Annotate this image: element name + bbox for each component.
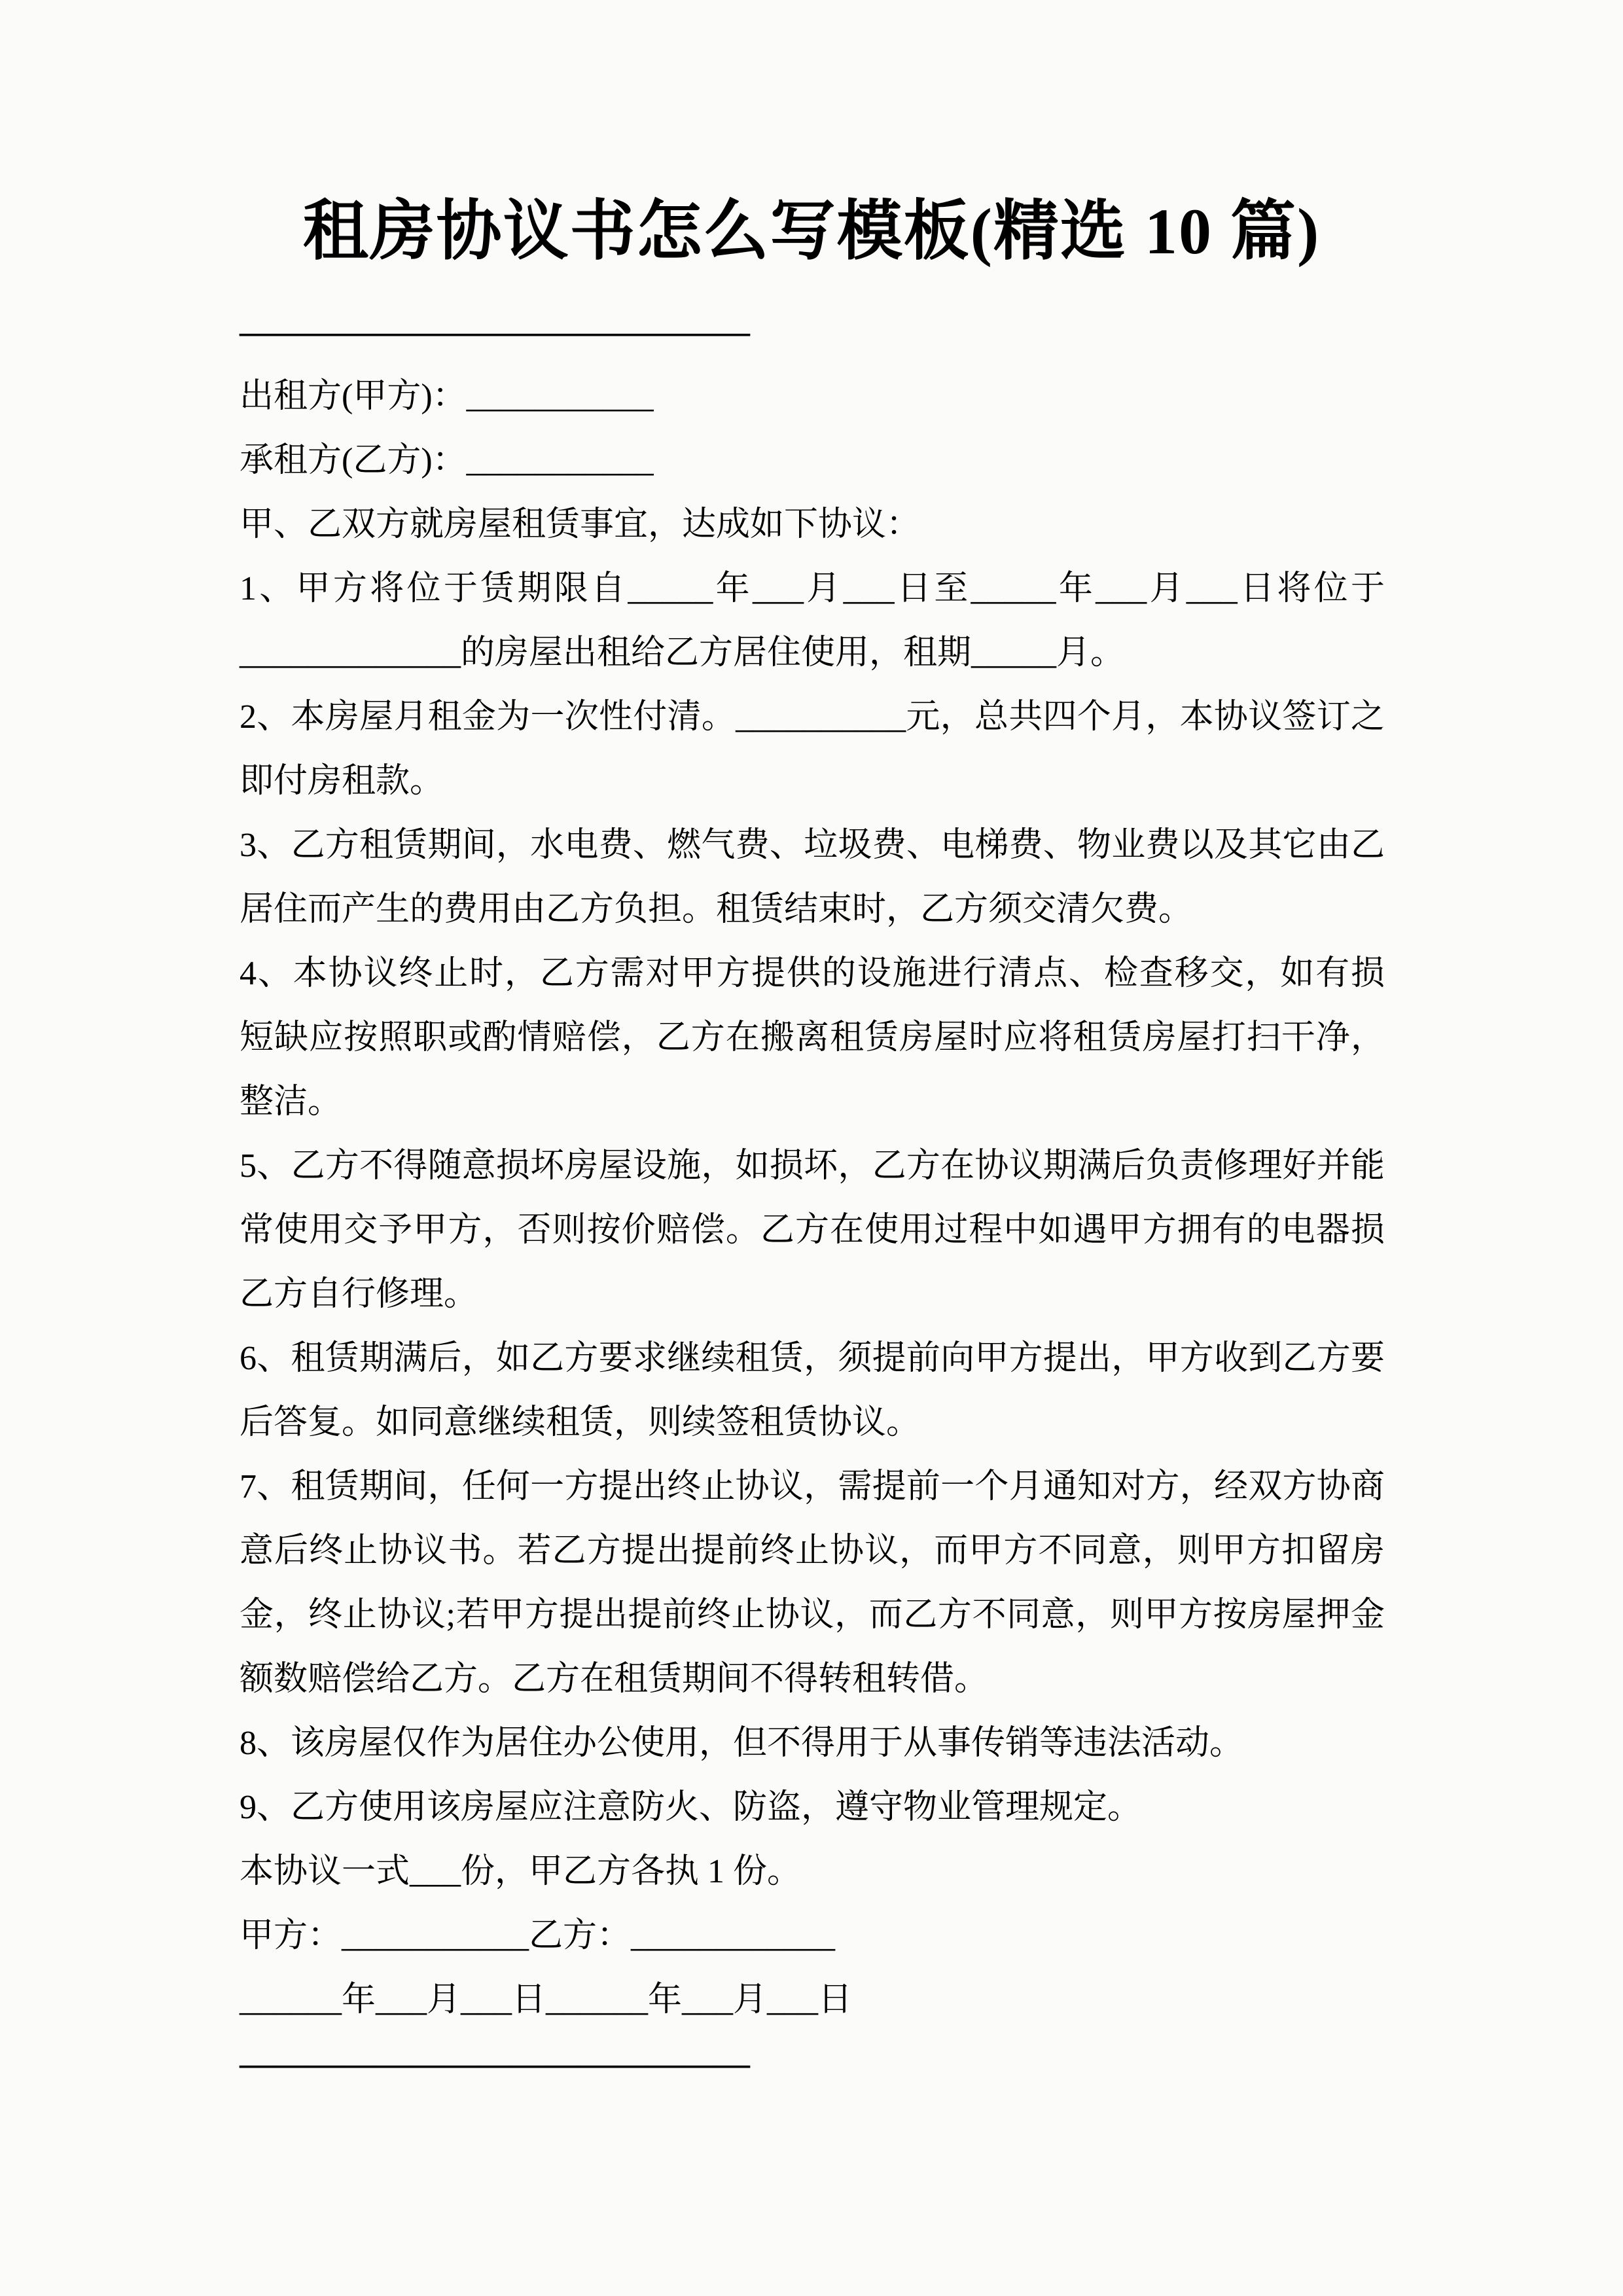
clause-4-line-1: 4、本协议终止时，乙方需对甲方提供的设施进行清点、检查移交，如有损坏、 [240,942,1385,1006]
clause-1-line-2: _____________的房屋出租给乙方居住使用，租期_____月。 [240,621,1385,685]
clause-2-line-1: 2、本房屋月租金为一次性付清。__________元，总共四个月，本协议签订之日 [240,685,1385,749]
signature-line: 甲方：___________乙方：____________ [240,1904,1385,1968]
clause-4-line-3: 整洁。 [240,1070,1385,1134]
clause-2-line-2: 即付房租款。 [240,749,1385,814]
lessor-party-line: 出租方(甲方)：___________ [240,365,1385,429]
page-title: 租房协议书怎么写模板(精选 10 篇) [0,194,1623,269]
clause-7-line-1: 7、租赁期间，任何一方提出终止协议，需提前一个月通知对方，经双方协商同 [240,1455,1385,1519]
clause-8-line: 8、该房屋仅作为居住办公使用，但不得用于从事传销等违法活动。 [240,1712,1385,1776]
clause-1-line-1: 1、甲方将位于赁期限自_____年___月___日至_____年___月___日… [240,557,1385,621]
divider-line-top: ——————————————— [240,300,1385,365]
clause-7-line-3: 金，终止协议;若甲方提出提前终止协议，而乙方不同意，则甲方按房屋押金金 [240,1583,1385,1647]
document-body: ——————————————— 出租方(甲方)：___________ 承租方(… [240,300,1385,2096]
lessee-party-line: 承租方(乙方)：___________ [240,429,1385,493]
clause-3-line-2: 居住而产生的费用由乙方负担。租赁结束时，乙方须交清欠费。 [240,878,1385,942]
clause-5-line-1: 5、乙方不得随意损坏房屋设施，如损坏，乙方在协议期满后负责修理好并能正 [240,1134,1385,1198]
clause-9-line: 9、乙方使用该房屋应注意防火、防盗，遵守物业管理规定。 [240,1776,1385,1840]
divider-line-bottom: ——————————————— [240,2032,1385,2096]
clause-6-line-1: 6、租赁期满后，如乙方要求继续租赁，须提前向甲方提出，甲方收到乙方要求 [240,1327,1385,1391]
date-line: ______年___月___日______年___月___日 [240,1968,1385,2032]
document-page: 租房协议书怎么写模板(精选 10 篇) ——————————————— 出租方(… [0,0,1623,2296]
clause-7-line-4: 额数赔偿给乙方。乙方在租赁期间不得转租转借。 [240,1647,1385,1712]
clause-3-line-1: 3、乙方租赁期间，水电费、燃气费、垃圾费、电梯费、物业费以及其它由乙方 [240,814,1385,878]
clause-5-line-3: 乙方自行修理。 [240,1263,1385,1327]
clause-5-line-2: 常使用交予甲方，否则按价赔偿。乙方在使用过程中如遇甲方拥有的电器损坏由 [240,1198,1385,1263]
copies-line: 本协议一式___份，甲乙方各执 1 份。 [240,1840,1385,1904]
preamble-line: 甲、乙双方就房屋租赁事宜，达成如下协议： [240,493,1385,557]
clause-6-line-2: 后答复。如同意继续租赁，则续签租赁协议。 [240,1391,1385,1455]
clause-7-line-2: 意后终止协议书。若乙方提出提前终止协议，而甲方不同意，则甲方扣留房屋押 [240,1519,1385,1583]
clause-4-line-2: 短缺应按照职或酌情赔偿，乙方在搬离租赁房屋时应将租赁房屋打扫干净，保持 [240,1006,1385,1070]
